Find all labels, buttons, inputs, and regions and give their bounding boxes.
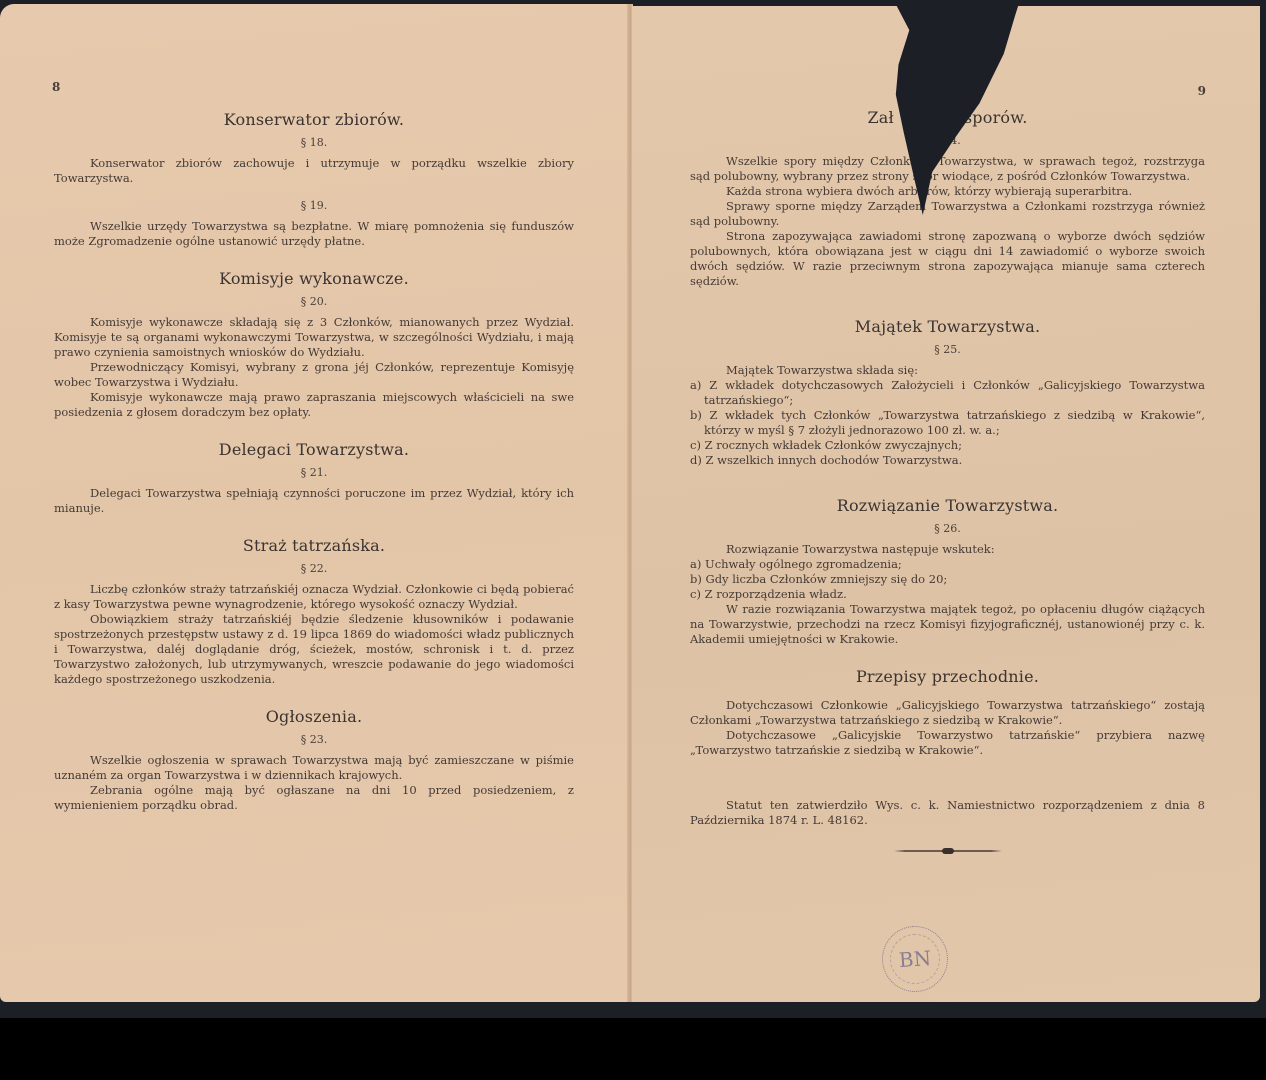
library-stamp: BN xyxy=(880,924,950,994)
list-item: c) Z rocznych wkładek Członków zwyczajny… xyxy=(690,438,1205,453)
paragraph-text: Obowiązkiem straży tatrzańskiéj będzie ś… xyxy=(54,612,574,687)
right-page: 9 Załsporów. § 24. Wszelkie spory między… xyxy=(632,6,1260,1002)
heading-fragment: Zał xyxy=(867,108,893,127)
paragraph-number: § 18. xyxy=(54,135,574,150)
list-item: d) Z wszelkich innych dochodów Towarzyst… xyxy=(690,453,1205,468)
list-item: a) Z wkładek dotychczasowych Założycieli… xyxy=(690,378,1205,408)
section-heading: Delegaci Towarzystwa. xyxy=(54,442,574,457)
list-item: c) Z rozporządzenia władz. xyxy=(690,587,1205,602)
paragraph-text: W razie rozwiązania Towarzystwa majątek … xyxy=(690,602,1205,647)
section-heading: Komisyje wykonawcze. xyxy=(54,271,574,286)
paragraph-text: Przewodniczący Komisyi, wybrany z grona … xyxy=(54,360,574,390)
left-page-content: Konserwator zbiorów. § 18. Konserwator z… xyxy=(54,80,574,813)
asset-list: a) Z wkładek dotychczasowych Założycieli… xyxy=(690,378,1205,468)
paragraph-text: Komisyje wykonawcze składają się z 3 Czł… xyxy=(54,315,574,360)
paragraph-number: § 19. xyxy=(54,198,574,213)
right-page-content: Załsporów. § 24. Wszelkie spory między C… xyxy=(690,82,1205,852)
dissolution-list: a) Uchwały ogólnego zgromadzenia; b) Gdy… xyxy=(690,557,1205,602)
paragraph-number: § 25. xyxy=(690,342,1205,357)
paragraph-number: § 21. xyxy=(54,465,574,480)
paragraph-text: Liczbę członków straży tatrzańskiéj ozna… xyxy=(54,582,574,612)
paragraph-text: Sprawy sporne między Zarządem Towarzystw… xyxy=(690,199,1205,229)
paragraph-text: Dotychczasowe „Galicyjskie Towarzystwo t… xyxy=(690,728,1205,758)
ornament-divider xyxy=(894,850,1002,852)
list-item: b) Gdy liczba Członków zmniejszy się do … xyxy=(690,572,1205,587)
list-item: a) Uchwały ogólnego zgromadzenia; xyxy=(690,557,1205,572)
paragraph-number: § 22. xyxy=(54,561,574,576)
section-heading: Ogłoszenia. xyxy=(54,709,574,724)
section-heading: Rozwiązanie Towarzystwa. xyxy=(690,498,1205,513)
paragraph-text: Zebrania ogólne mają być ogłaszane na dn… xyxy=(54,783,574,813)
paragraph-text: Delegaci Towarzystwa spełniają czynności… xyxy=(54,486,574,516)
list-item: b) Z wkładek tych Członków „Towarzystwa … xyxy=(690,408,1205,438)
paragraph-text: Konserwator zbiorów zachowuje i utrzymuj… xyxy=(54,156,574,186)
paragraph-text: Wszelkie urzędy Towarzystwa są bezpłatne… xyxy=(54,219,574,249)
left-page: 8 Konserwator zbiorów. § 18. Konserwator… xyxy=(0,4,630,1002)
paragraph-text: Dotychczasowi Członkowie „Galicyjskiego … xyxy=(690,698,1205,728)
paragraph-text: Wszelkie ogłoszenia w sprawach Towarzyst… xyxy=(54,753,574,783)
paragraph-number: § 26. xyxy=(690,521,1205,536)
paragraph-text: Każda strona wybiera dwóch arbitrów, któ… xyxy=(690,184,1205,199)
paragraph-text: Rozwiązanie Towarzystwa następuje wskute… xyxy=(690,542,1205,557)
section-heading: Straż tatrzańska. xyxy=(54,538,574,553)
section-heading: Przepisy przechodnie. xyxy=(690,669,1205,684)
paragraph-number: § 20. xyxy=(54,294,574,309)
paragraph-text: Strona zapozywająca zawiadomi stronę zap… xyxy=(690,229,1205,289)
approval-note: Statut ten zatwierdziło Wys. c. k. Namie… xyxy=(690,798,1205,828)
paragraph-text: Komisyje wykonawcze mają prawo zapraszan… xyxy=(54,390,574,420)
stamp-ring xyxy=(888,932,941,985)
paragraph-text: Majątek Towarzystwa składa się: xyxy=(690,363,1205,378)
paragraph-text: Wszelkie spory między Członkami Towarzys… xyxy=(690,154,1205,184)
section-heading: Majątek Towarzystwa. xyxy=(690,319,1205,334)
paragraph-number: § 23. xyxy=(54,732,574,747)
section-heading: Konserwator zbiorów. xyxy=(54,112,574,127)
